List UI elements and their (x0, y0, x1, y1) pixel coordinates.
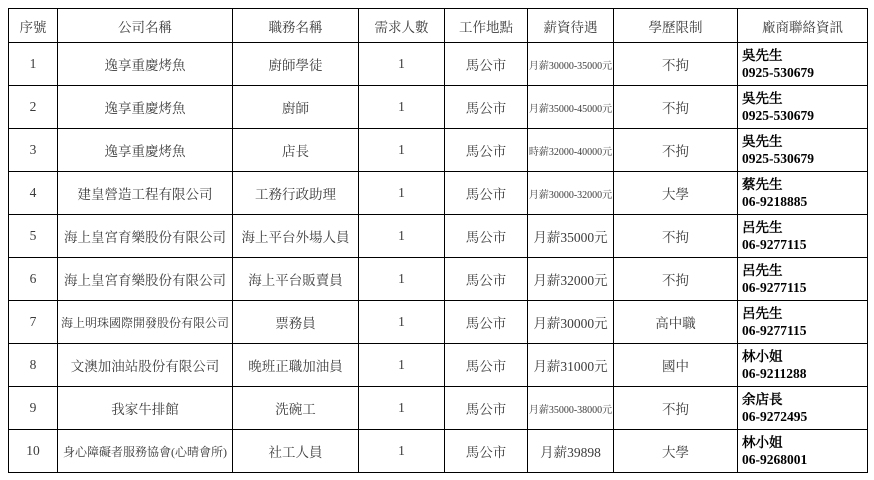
cell-location: 馬公市 (445, 43, 528, 86)
cell-seq: 3 (9, 129, 58, 172)
cell-seq: 5 (9, 215, 58, 258)
cell-contact: 林小姐 06-9211288 (738, 344, 868, 387)
contact-phone: 0925-530679 (742, 150, 867, 167)
cell-headcount: 1 (359, 129, 445, 172)
cell-company: 文澳加油站股份有限公司 (58, 344, 233, 387)
contact-name: 吳先生 (742, 90, 867, 107)
contact-name: 蔡先生 (742, 176, 867, 193)
table-row: 8 文澳加油站股份有限公司 晚班正職加油員 1 馬公市 月薪31000元 國中 … (9, 344, 868, 387)
contact-name: 呂先生 (742, 219, 867, 236)
cell-seq: 9 (9, 387, 58, 430)
job-listings-table: 序號 公司名稱 職務名稱 需求人數 工作地點 薪資待遇 學歷限制 廠商聯絡資訊 … (8, 8, 868, 473)
table-row: 7 海上明珠國際開發股份有限公司 票務員 1 馬公市 月薪30000元 高中職 … (9, 301, 868, 344)
cell-contact: 呂先生 06-9277115 (738, 258, 868, 301)
cell-education: 不拘 (614, 387, 738, 430)
contact-phone: 0925-530679 (742, 64, 867, 81)
cell-salary: 月薪30000-35000元 (528, 43, 614, 86)
contact-phone: 06-9218885 (742, 193, 867, 210)
cell-education: 國中 (614, 344, 738, 387)
cell-headcount: 1 (359, 430, 445, 473)
col-header-title: 職務名稱 (233, 9, 359, 43)
cell-headcount: 1 (359, 344, 445, 387)
cell-contact: 林小姐 06-9268001 (738, 430, 868, 473)
cell-location: 馬公市 (445, 301, 528, 344)
cell-contact: 蔡先生 06-9218885 (738, 172, 868, 215)
cell-title: 店長 (233, 129, 359, 172)
cell-salary: 月薪32000元 (528, 258, 614, 301)
cell-salary: 月薪30000元 (528, 301, 614, 344)
cell-education: 不拘 (614, 86, 738, 129)
cell-seq: 8 (9, 344, 58, 387)
contact-phone: 06-9277115 (742, 322, 867, 339)
contact-phone: 06-9277115 (742, 279, 867, 296)
cell-education: 不拘 (614, 43, 738, 86)
cell-headcount: 1 (359, 301, 445, 344)
cell-headcount: 1 (359, 215, 445, 258)
cell-company: 海上皇宮育樂股份有限公司 (58, 215, 233, 258)
cell-headcount: 1 (359, 258, 445, 301)
cell-title: 工務行政助理 (233, 172, 359, 215)
contact-name: 呂先生 (742, 262, 867, 279)
contact-name: 呂先生 (742, 305, 867, 322)
cell-title: 洗碗工 (233, 387, 359, 430)
col-header-company: 公司名稱 (58, 9, 233, 43)
cell-contact: 余店長 06-9272495 (738, 387, 868, 430)
cell-salary: 月薪39898 (528, 430, 614, 473)
contact-name: 林小姐 (742, 348, 867, 365)
cell-education: 不拘 (614, 215, 738, 258)
col-header-location: 工作地點 (445, 9, 528, 43)
cell-seq: 7 (9, 301, 58, 344)
table-body: 1 逸享重慶烤魚 廚師學徒 1 馬公市 月薪30000-35000元 不拘 吳先… (9, 43, 868, 473)
cell-title: 海上平台外場人員 (233, 215, 359, 258)
table-row: 1 逸享重慶烤魚 廚師學徒 1 馬公市 月薪30000-35000元 不拘 吳先… (9, 43, 868, 86)
cell-location: 馬公市 (445, 387, 528, 430)
cell-headcount: 1 (359, 43, 445, 86)
cell-company: 我家牛排館 (58, 387, 233, 430)
contact-name: 吳先生 (742, 47, 867, 64)
contact-name: 林小姐 (742, 434, 867, 451)
cell-education: 不拘 (614, 258, 738, 301)
cell-company: 逸享重慶烤魚 (58, 86, 233, 129)
cell-title: 廚師學徒 (233, 43, 359, 86)
contact-phone: 06-9211288 (742, 365, 867, 382)
table-row: 10 身心障礙者服務協會(心晴會所) 社工人員 1 馬公市 月薪39898 大學… (9, 430, 868, 473)
cell-title: 晚班正職加油員 (233, 344, 359, 387)
contact-phone: 0925-530679 (742, 107, 867, 124)
contact-name: 吳先生 (742, 133, 867, 150)
cell-contact: 吳先生 0925-530679 (738, 43, 868, 86)
cell-salary: 月薪35000-38000元 (528, 387, 614, 430)
cell-contact: 呂先生 06-9277115 (738, 215, 868, 258)
cell-headcount: 1 (359, 387, 445, 430)
cell-salary: 月薪35000-45000元 (528, 86, 614, 129)
cell-company: 身心障礙者服務協會(心晴會所) (58, 430, 233, 473)
col-header-education: 學歷限制 (614, 9, 738, 43)
table-row: 3 逸享重慶烤魚 店長 1 馬公市 時薪32000-40000元 不拘 吳先生 … (9, 129, 868, 172)
cell-title: 票務員 (233, 301, 359, 344)
table-row: 4 建皇營造工程有限公司 工務行政助理 1 馬公市 月薪30000-32000元… (9, 172, 868, 215)
cell-location: 馬公市 (445, 172, 528, 215)
table-row: 5 海上皇宮育樂股份有限公司 海上平台外場人員 1 馬公市 月薪35000元 不… (9, 215, 868, 258)
cell-education: 不拘 (614, 129, 738, 172)
cell-company: 建皇營造工程有限公司 (58, 172, 233, 215)
cell-contact: 吳先生 0925-530679 (738, 86, 868, 129)
contact-phone: 06-9268001 (742, 451, 867, 468)
cell-contact: 呂先生 06-9277115 (738, 301, 868, 344)
cell-headcount: 1 (359, 86, 445, 129)
cell-company: 逸享重慶烤魚 (58, 43, 233, 86)
cell-seq: 6 (9, 258, 58, 301)
cell-seq: 10 (9, 430, 58, 473)
cell-title: 社工人員 (233, 430, 359, 473)
table-row: 2 逸享重慶烤魚 廚師 1 馬公市 月薪35000-45000元 不拘 吳先生 … (9, 86, 868, 129)
cell-contact: 吳先生 0925-530679 (738, 129, 868, 172)
col-header-seq: 序號 (9, 9, 58, 43)
cell-salary: 月薪35000元 (528, 215, 614, 258)
table-row: 6 海上皇宮育樂股份有限公司 海上平台販賣員 1 馬公市 月薪32000元 不拘… (9, 258, 868, 301)
contact-phone: 06-9272495 (742, 408, 867, 425)
cell-education: 大學 (614, 430, 738, 473)
cell-location: 馬公市 (445, 86, 528, 129)
col-header-salary: 薪資待遇 (528, 9, 614, 43)
cell-salary: 時薪32000-40000元 (528, 129, 614, 172)
header-row: 序號 公司名稱 職務名稱 需求人數 工作地點 薪資待遇 學歷限制 廠商聯絡資訊 (9, 9, 868, 43)
col-header-contact: 廠商聯絡資訊 (738, 9, 868, 43)
cell-seq: 1 (9, 43, 58, 86)
table-row: 9 我家牛排館 洗碗工 1 馬公市 月薪35000-38000元 不拘 余店長 … (9, 387, 868, 430)
table-header: 序號 公司名稱 職務名稱 需求人數 工作地點 薪資待遇 學歷限制 廠商聯絡資訊 (9, 9, 868, 43)
col-header-headcount: 需求人數 (359, 9, 445, 43)
cell-title: 廚師 (233, 86, 359, 129)
cell-education: 高中職 (614, 301, 738, 344)
cell-seq: 2 (9, 86, 58, 129)
contact-name: 余店長 (742, 391, 867, 408)
cell-salary: 月薪30000-32000元 (528, 172, 614, 215)
cell-location: 馬公市 (445, 215, 528, 258)
cell-salary: 月薪31000元 (528, 344, 614, 387)
cell-location: 馬公市 (445, 258, 528, 301)
cell-education: 大學 (614, 172, 738, 215)
cell-location: 馬公市 (445, 129, 528, 172)
cell-company: 海上皇宮育樂股份有限公司 (58, 258, 233, 301)
cell-title: 海上平台販賣員 (233, 258, 359, 301)
contact-phone: 06-9277115 (742, 236, 867, 253)
cell-company: 海上明珠國際開發股份有限公司 (58, 301, 233, 344)
cell-location: 馬公市 (445, 344, 528, 387)
cell-company: 逸享重慶烤魚 (58, 129, 233, 172)
cell-seq: 4 (9, 172, 58, 215)
cell-location: 馬公市 (445, 430, 528, 473)
cell-headcount: 1 (359, 172, 445, 215)
